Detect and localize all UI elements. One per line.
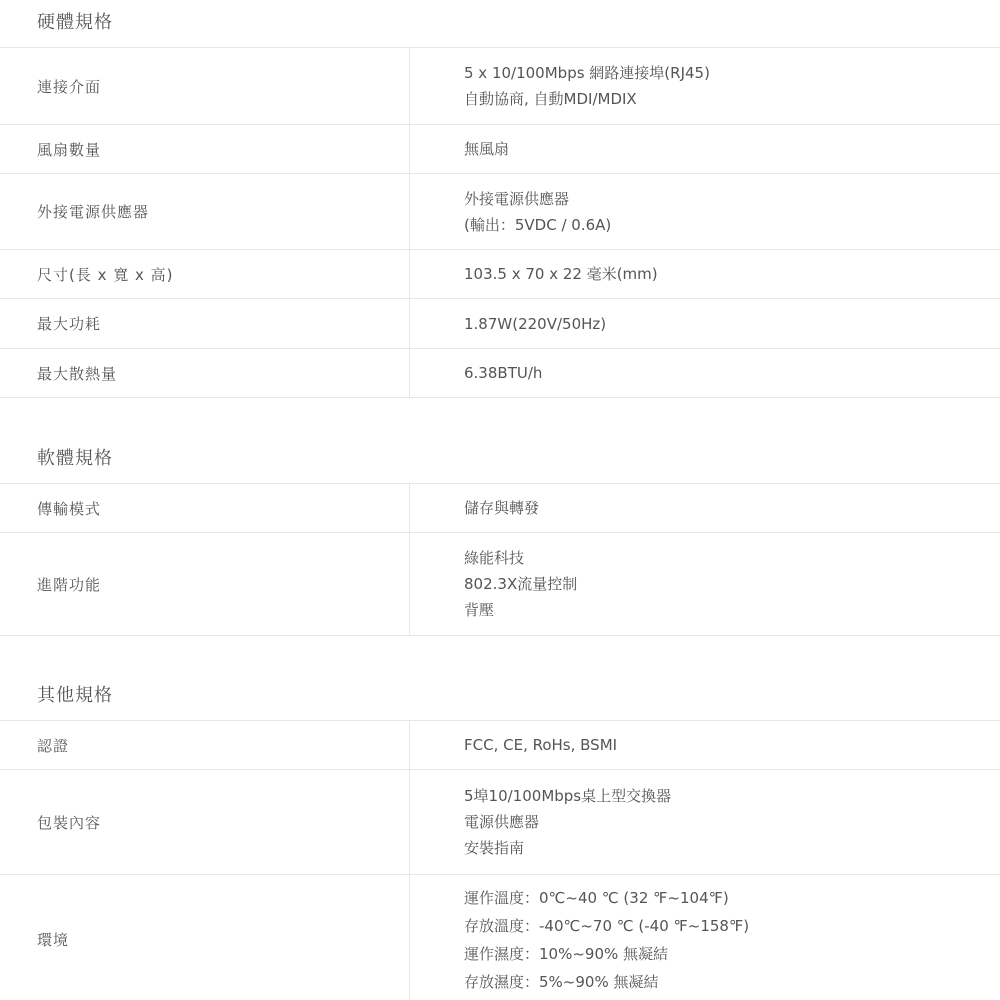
spec-value: 1.87W(220V/50Hz) — [464, 299, 606, 348]
section-title-software: 軟體規格 — [37, 444, 113, 470]
column-divider — [409, 533, 410, 635]
spec-value: FCC, CE, RoHs, BSMI — [464, 721, 617, 769]
spec-value-line: 1.87W(220V/50Hz) — [464, 311, 606, 337]
spec-value: 無風扇 — [464, 125, 509, 173]
spec-value: 5埠10/100Mbps桌上型交換器 電源供應器 安裝指南 — [464, 770, 671, 874]
spec-row-dimensions: 尺寸(長 x 寬 x 高) 103.5 x 70 x 22 毫米(mm) — [0, 249, 1000, 298]
column-divider — [409, 48, 410, 124]
spec-value: 外接電源供應器 (輸出：5VDC / 0.6A) — [464, 174, 611, 249]
section-title-hardware: 硬體規格 — [37, 8, 113, 34]
spec-label: 外接電源供應器 — [37, 174, 149, 249]
spec-label: 最大功耗 — [37, 299, 101, 348]
spec-value-line: 5 x 10/100Mbps 網路連接埠(RJ45) — [464, 60, 710, 86]
spec-value-line: 103.5 x 70 x 22 毫米(mm) — [464, 261, 658, 287]
spec-value-line: 802.3X流量控制 — [464, 571, 577, 597]
spec-row-interface: 連接介面 5 x 10/100Mbps 網路連接埠(RJ45) 自動協商, 自動… — [0, 47, 1000, 124]
spec-row-advanced-features: 進階功能 綠能科技 802.3X流量控制 背壓 — [0, 532, 1000, 636]
spec-label: 環境 — [37, 875, 69, 1000]
spec-value-line: 6.38BTU/h — [464, 360, 542, 386]
spec-row-environment: 環境 運作溫度：0℃~40 ℃ (32 ℉~104℉) 存放溫度：-40℃~70… — [0, 874, 1000, 1000]
spec-value-line: 運作濕度：10%~90% 無凝結 — [464, 940, 749, 968]
spec-value-line: 運作溫度：0℃~40 ℃ (32 ℉~104℉) — [464, 884, 749, 912]
spec-value-line: 存放濕度：5%~90% 無凝結 — [464, 968, 749, 996]
spec-value-line: 無風扇 — [464, 136, 509, 162]
spec-label: 風扇數量 — [37, 125, 101, 173]
spec-row-max-power: 最大功耗 1.87W(220V/50Hz) — [0, 298, 1000, 348]
spec-row-power-supply: 外接電源供應器 外接電源供應器 (輸出：5VDC / 0.6A) — [0, 173, 1000, 249]
column-divider — [409, 250, 410, 298]
spec-label: 尺寸(長 x 寬 x 高) — [37, 250, 174, 298]
spec-row-transfer-mode: 傳輸模式 儲存與轉發 — [0, 483, 1000, 532]
spec-label: 最大散熱量 — [37, 349, 117, 397]
spec-value-line: 儲存與轉發 — [464, 495, 539, 521]
section-title-other: 其他規格 — [37, 681, 113, 707]
spec-label: 進階功能 — [37, 533, 101, 635]
spec-label: 傳輸模式 — [37, 484, 101, 532]
spec-label: 包裝內容 — [37, 770, 101, 874]
column-divider — [409, 875, 410, 1000]
spec-value-line: 自動協商, 自動MDI/MDIX — [464, 86, 710, 112]
spec-row-certification: 認證 FCC, CE, RoHs, BSMI — [0, 720, 1000, 769]
spec-row-max-heat: 最大散熱量 6.38BTU/h — [0, 348, 1000, 398]
spec-value: 儲存與轉發 — [464, 484, 539, 532]
spec-value-line: 背壓 — [464, 597, 577, 623]
spec-row-fan-count: 風扇數量 無風扇 — [0, 124, 1000, 173]
column-divider — [409, 125, 410, 173]
spec-label: 認證 — [37, 721, 69, 769]
column-divider — [409, 349, 410, 397]
spec-value-line: (輸出：5VDC / 0.6A) — [464, 212, 611, 238]
spec-value-line: 電源供應器 — [464, 809, 671, 835]
spec-row-package-contents: 包裝內容 5埠10/100Mbps桌上型交換器 電源供應器 安裝指南 — [0, 769, 1000, 874]
spec-value: 綠能科技 802.3X流量控制 背壓 — [464, 533, 577, 635]
spec-value-line: 5埠10/100Mbps桌上型交換器 — [464, 783, 671, 809]
spec-value: 5 x 10/100Mbps 網路連接埠(RJ45) 自動協商, 自動MDI/M… — [464, 48, 710, 124]
column-divider — [409, 299, 410, 348]
spec-value: 6.38BTU/h — [464, 349, 542, 397]
spec-label: 連接介面 — [37, 48, 101, 124]
spec-value-line: 存放溫度：-40℃~70 ℃ (-40 ℉~158℉) — [464, 912, 749, 940]
column-divider — [409, 484, 410, 532]
spec-value-line: 綠能科技 — [464, 545, 577, 571]
column-divider — [409, 174, 410, 249]
spec-value-line: 安裝指南 — [464, 835, 671, 861]
spec-value-line: FCC, CE, RoHs, BSMI — [464, 732, 617, 758]
column-divider — [409, 770, 410, 874]
spec-value: 運作溫度：0℃~40 ℃ (32 ℉~104℉) 存放溫度：-40℃~70 ℃ … — [464, 875, 749, 1000]
spec-value-line: 外接電源供應器 — [464, 186, 611, 212]
spec-value: 103.5 x 70 x 22 毫米(mm) — [464, 250, 658, 298]
column-divider — [409, 721, 410, 769]
